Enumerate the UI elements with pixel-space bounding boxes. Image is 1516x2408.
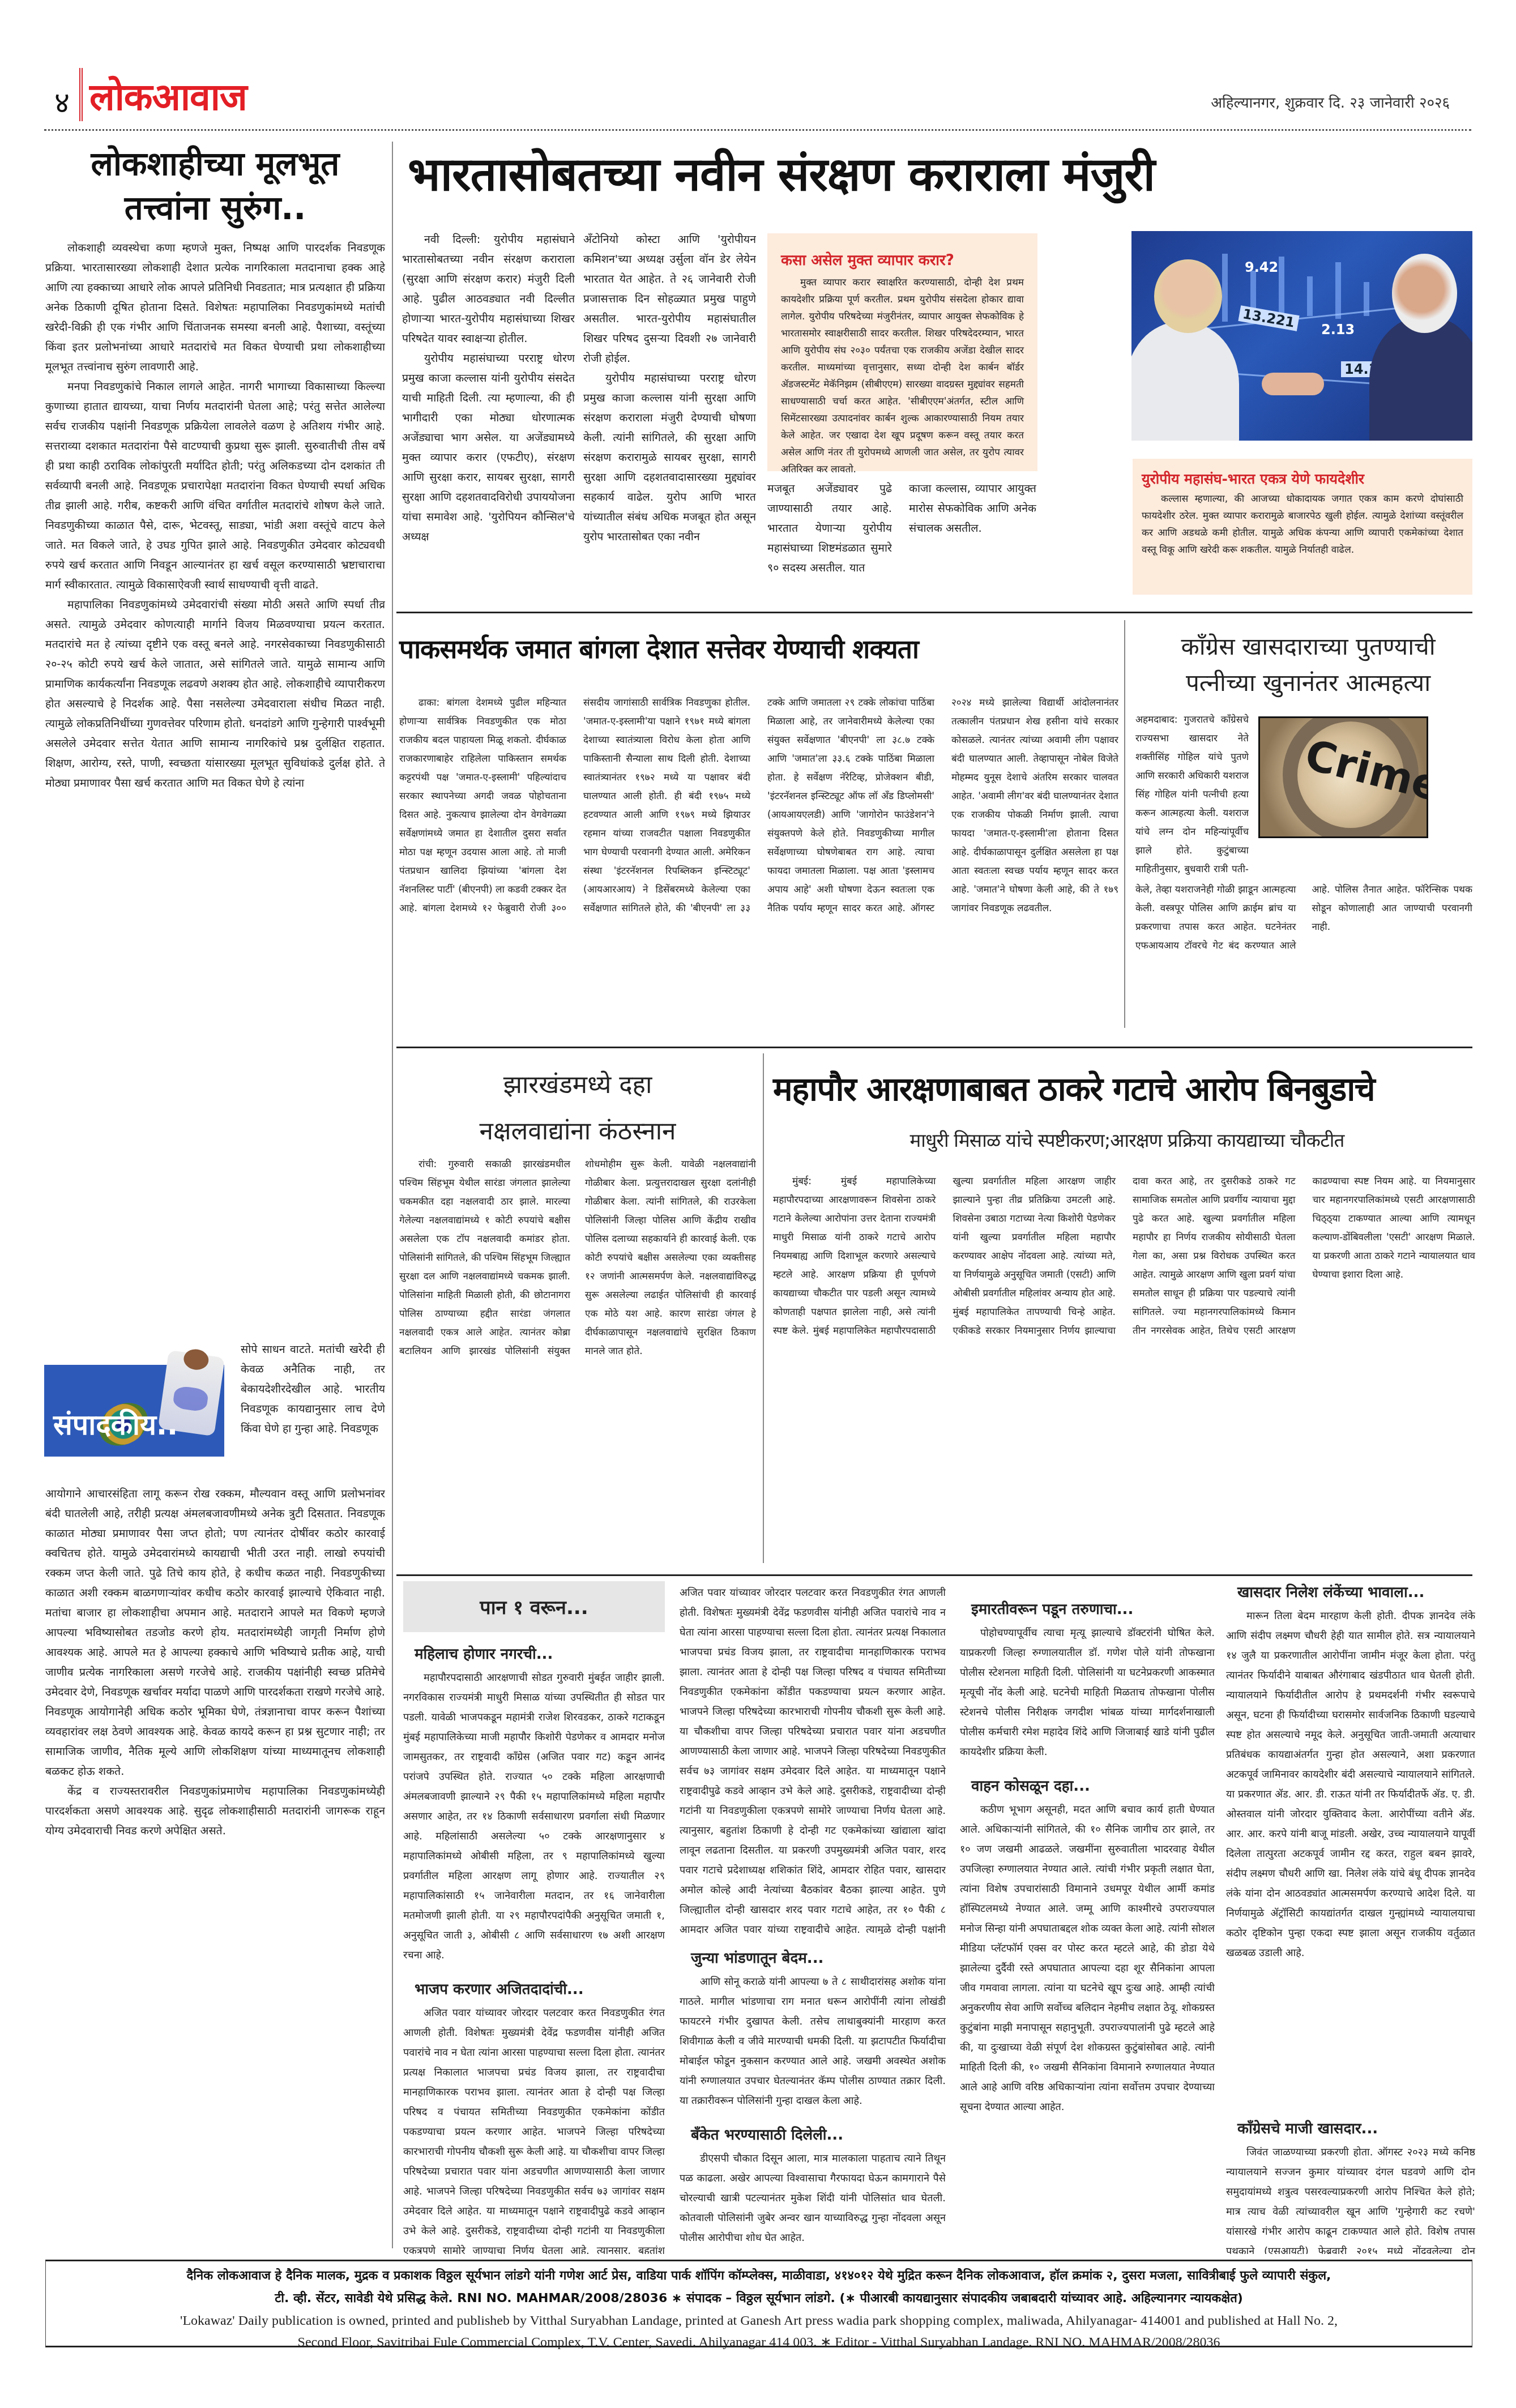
continued-text-7: मारून तिला बेदम मारहाण केली होती. दीपक ज… bbox=[1226, 1606, 1475, 2104]
jharkhand-text: रांची: गुरुवारी सकाळी झारखंडमधील पश्चिम … bbox=[399, 1155, 756, 1361]
continued-subhead-5: इमारतीवरून पडून तरुणाचा... bbox=[971, 1600, 1215, 1620]
imprint-marathi-line1: दैनिक लोकआवाज हे दैनिक मालक, मुद्रक व प्… bbox=[46, 2265, 1472, 2287]
lead-col1-para2: युरोपीय महासंघाच्या परराष्ट्र धोरण प्रमु… bbox=[402, 348, 575, 547]
free-trade-box: कसा असेल मुक्त व्यापार करार? मुक्त व्याप… bbox=[767, 233, 1037, 471]
eu-india-box-body: कल्लास म्हणाल्या, की आजच्या धोकादायक जगा… bbox=[1142, 490, 1463, 558]
lead-col3-text: मजबूत अजेंड्यावर पुढे जाण्यासाठी तयार आह… bbox=[767, 479, 892, 578]
continued-subhead-3: जुन्या भांडणातून बेदम... bbox=[691, 1949, 946, 1969]
jharkhand-headline: झारखंडमध्ये दहा नक्षलवाद्यांना कंठस्नान bbox=[399, 1062, 756, 1155]
continued-subhead-8: काँग्रेसचे माजी खासदार... bbox=[1237, 2119, 1475, 2139]
editorial-para-3: महापालिका निवडणुकांमध्ये उमेदवारांची संख… bbox=[45, 595, 385, 793]
continued-subhead-1: महिलाच होणार नगरची... bbox=[415, 1645, 665, 1664]
continued-col-4: खासदार निलेश लंकेंच्या भावाला... मारून त… bbox=[1226, 1583, 1475, 2254]
lead-col-1: नवी दिल्ली: युरोपीय महासंघाने भारतासोबतच… bbox=[402, 229, 575, 682]
column-divider bbox=[1124, 620, 1125, 1028]
editorial-badge-label: संपादकीय.. bbox=[53, 1404, 178, 1443]
editorial-body-bottom: आयोगाने आचारसंहिता लागू करून रोख रक्कम, … bbox=[45, 1484, 385, 2254]
editorial-headline-line1: लोकशाहीच्या मूलभूत bbox=[45, 142, 385, 186]
chart-label-2: 13.221 bbox=[1238, 305, 1299, 331]
masthead: ४ लोकआवाज अहिल्यानगर, शुक्रवार दि. २३ जा… bbox=[45, 68, 1472, 130]
chart-label-3: 2.13 bbox=[1321, 322, 1355, 338]
lead-col1-para1: नवी दिल्ली: युरोपीय महासंघाने भारतासोबतच… bbox=[402, 229, 575, 348]
imprint-marathi-line2: टी. व्ही. सेंटर, सावेडी येथे प्रसिद्ध के… bbox=[46, 2287, 1472, 2310]
continued-subhead-2: भाजप करणार अजितदादांची... bbox=[415, 1980, 665, 2000]
bangladesh-body: ढाका: बांगला देशमध्ये पुढील महिन्यात होण… bbox=[399, 694, 1118, 1034]
editorial-wrap-text: सोपे साधन वाटते. मतांची खरेदी ही केवळ अन… bbox=[241, 1339, 385, 1481]
continued-text-1: महापौरपदासाठी आरक्षणाची सोडत गुरुवारी मु… bbox=[403, 1668, 665, 1965]
section-rule bbox=[396, 1047, 1472, 1048]
congress-text-a: अहमदाबाद: गुजरातचे काँग्रेसचे राज्यसभा ख… bbox=[1135, 711, 1249, 881]
congress-headline: काँग्रेस खासदाराच्या पुतण्याची पत्नीच्या… bbox=[1144, 629, 1472, 701]
chart-label-1: 9.42 bbox=[1245, 259, 1278, 275]
editorial-headline-line2: तत्त्वांना सुरुंग.. bbox=[45, 186, 385, 230]
editorial-para-5: केंद्र व राज्यस्तरावरील निवडणुकांप्रमाणे… bbox=[45, 1781, 385, 1841]
continued-subhead-7: खासदार निलेश लंकेंच्या भावाला... bbox=[1237, 1583, 1475, 1603]
continued-text-5: पोहोचण्यापूर्वीच त्याचा मृत्यू झाल्याचे … bbox=[960, 1623, 1215, 1762]
congress-para-a: अहमदाबाद: गुजरातचे काँग्रेसचे राज्यसभा ख… bbox=[1135, 711, 1249, 881]
congress-para-b: केले, तेव्हा यशराजनेही गोळी झाडून आत्महत… bbox=[1135, 881, 1472, 955]
page-number: ४ bbox=[54, 82, 70, 122]
continued-from-page1-label: पान १ वरून... bbox=[403, 1581, 665, 1632]
continued-col-2: अजित पवार यांच्यावर जोरदार पलटवार करत नि… bbox=[680, 1583, 946, 2254]
eu-india-benefit-box: युरोपीय महासंघ-भारत एकत्र येणे फायदेशीर … bbox=[1133, 459, 1472, 595]
person-right-head bbox=[1392, 254, 1457, 333]
bangladesh-text: ढाका: बांगला देशमध्ये पुढील महिन्यात होण… bbox=[399, 694, 1118, 918]
continued-subhead-4: बँकेत भरण्यासाठी दिलेली... bbox=[691, 2125, 946, 2145]
lead-col-3: मजबूत अजेंड्यावर पुढे जाण्यासाठी तयार आह… bbox=[767, 479, 892, 626]
lead-col2-para2: युरोपीय महासंघाच्या परराष्ट्र धोरण प्रमु… bbox=[583, 368, 756, 547]
handshake bbox=[1262, 373, 1324, 395]
column-divider bbox=[392, 142, 393, 2248]
mayor-body: मुंबई: मुंबई महापालिकेच्या महापौरपदाच्या… bbox=[773, 1172, 1475, 1563]
imprint-english-line1: 'Lokawaz' Daily publication is owned, pr… bbox=[46, 2310, 1472, 2332]
newspaper-logo: लोकआवाज bbox=[89, 70, 247, 121]
continued-text-2: अजित पवार यांच्यावर जोरदार पलटवार करत नि… bbox=[403, 2003, 665, 2254]
continued-col-3: इमारतीवरून पडून तरुणाचा... पोहोचण्यापूर्… bbox=[960, 1583, 1215, 2254]
lead-col-2: अँटोनियो कोस्टा आणि 'युरोपीयन कमिशन'च्या… bbox=[583, 229, 756, 682]
column-divider bbox=[763, 1053, 764, 1563]
editorial-body-top: लोकशाही व्यवस्थेचा कणा म्हणजे मुक्त, निष… bbox=[45, 238, 385, 1345]
imprint-english-line2: Second Floor, Savitribai Fule Commercial… bbox=[46, 2332, 1472, 2353]
editorial-para-1: लोकशाही व्यवस्थेचा कणा म्हणजे मुक्त, निष… bbox=[45, 238, 385, 377]
masthead-dotted-rule bbox=[44, 129, 1471, 131]
jharkhand-headline-line2: नक्षलवाद्यांना कंठस्नान bbox=[399, 1108, 756, 1155]
lead-col2-para1: अँटोनियो कोस्टा आणि 'युरोपीयन कमिशन'च्या… bbox=[583, 229, 756, 368]
person-right bbox=[1369, 316, 1472, 441]
continued-text-4: डीएसपी चौकात दिसून आला, मात्र मालकाला पा… bbox=[680, 2149, 946, 2248]
continued-text-3: आणि सोनू कराळे यांनी आपल्या ७ ते ८ साथीद… bbox=[680, 1972, 946, 2111]
editorial-badge: संपादकीय.. bbox=[44, 1342, 231, 1478]
section-rule bbox=[396, 612, 1472, 613]
person-left bbox=[1131, 322, 1239, 441]
continued-col-1: महिलाच होणार नगरची... महापौरपदासाठी आरक्… bbox=[403, 1642, 665, 2254]
free-trade-box-title: कसा असेल मुक्त व्यापार करार? bbox=[781, 249, 1024, 270]
free-trade-box-body: मुक्त व्यापार करार स्वाक्षरित करण्यासाठी… bbox=[781, 274, 1024, 478]
crime-handcuff-photo: Crime bbox=[1258, 716, 1428, 838]
jharkhand-body: रांची: गुरुवारी सकाळी झारखंडमधील पश्चिम … bbox=[399, 1155, 756, 1563]
lead-col-4: काजा कल्लास, व्यापार आयुक्त मारोस सेफकोव… bbox=[909, 479, 1036, 626]
editorial-para-4: आयोगाने आचारसंहिता लागू करून रोख रक्कम, … bbox=[45, 1484, 385, 1781]
mayor-headline: महापौर आरक्षणाबाबत ठाकरे गटाचे आरोप बिनब… bbox=[773, 1070, 1475, 1108]
lead-headline: भारतासोबतच्या नवीन संरक्षण कराराला मंजुर… bbox=[408, 148, 1478, 202]
continued-text-2-cont: अजित पवार यांच्यावर जोरदार पलटवार करत नि… bbox=[680, 1583, 946, 1934]
dateline: अहिल्यानगर, शुक्रवार दि. २३ जानेवारी २०२… bbox=[1211, 92, 1450, 112]
imprint-footer: दैनिक लोकआवाज हे दैनिक मालक, मुद्रक व प्… bbox=[45, 2260, 1472, 2347]
continued-text-8: जिवंत जाळण्याच्या प्रकरणी होता. ऑगस्ट २०… bbox=[1226, 2142, 1475, 2254]
continued-text-6: कठीण भूभाग असूनही, मदत आणि बचाव कार्य हा… bbox=[960, 1800, 1215, 2117]
lead-col4-text: काजा कल्लास, व्यापार आयुक्त मारोस सेफकोव… bbox=[909, 479, 1036, 538]
congress-text-b: केले, तेव्हा यशराजनेही गोळी झाडून आत्महत… bbox=[1135, 881, 1472, 1028]
editorial-para-2: मनपा निवडणुकांचे निकाल लागले आहेत. नागरी… bbox=[45, 377, 385, 595]
editorial-headline: लोकशाहीच्या मूलभूत तत्त्वांना सुरुंग.. bbox=[45, 142, 385, 230]
eu-india-handshake-photo: 9.42 13.221 2.13 14.1 bbox=[1131, 231, 1472, 441]
bangladesh-headline: पाकसमर्थक जमात बांगला देशात सत्तेवर येण्… bbox=[399, 634, 1118, 664]
continued-subhead-6: वाहन कोसळून दहा... bbox=[971, 1777, 1215, 1796]
section-rule bbox=[396, 1574, 1472, 1576]
editorial-wrap-para: सोपे साधन वाटते. मतांची खरेदी ही केवळ अन… bbox=[241, 1339, 385, 1438]
person-left-head bbox=[1154, 259, 1222, 333]
eu-india-box-title: युरोपीय महासंघ-भारत एकत्र येणे फायदेशीर bbox=[1142, 469, 1463, 488]
masthead-divider bbox=[79, 68, 83, 121]
mayor-text: मुंबई: मुंबई महापालिकेच्या महापौरपदाच्या… bbox=[773, 1172, 1475, 1340]
mayor-subheadline: माधुरी मिसाळ यांचे स्पष्टीकरण;आरक्षण प्र… bbox=[782, 1127, 1472, 1152]
jharkhand-headline-line1: झारखंडमध्ये दहा bbox=[399, 1062, 756, 1108]
